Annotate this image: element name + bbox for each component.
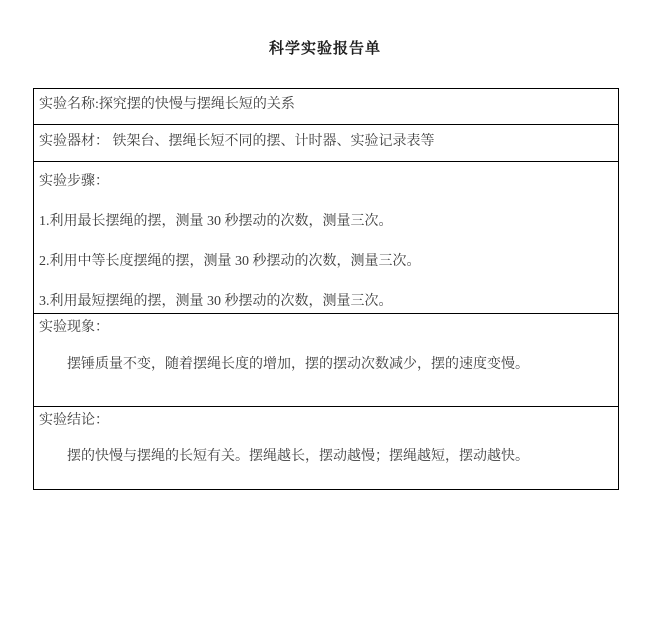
report-table: 实验名称:探究摆的快慢与摆绳长短的关系 实验器材： 铁架台、摆绳长短不同的摆、计… — [33, 88, 619, 490]
experiment-report-page: 科学实验报告单 实验名称:探究摆的快慢与摆绳长短的关系 实验器材： 铁架台、摆绳… — [0, 0, 650, 58]
row-experiment-materials: 实验器材： 铁架台、摆绳长短不同的摆、计时器、实验记录表等 — [34, 124, 618, 161]
conclusion-label: 实验结论： — [39, 413, 613, 429]
experiment-materials-text: 实验器材： 铁架台、摆绳长短不同的摆、计时器、实验记录表等 — [39, 134, 435, 149]
step-item-1: 1.利用最长摆绳的摆，测量 30 秒摆动的次数，测量三次。 — [39, 214, 613, 230]
step-item-3: 3.利用最短摆绳的摆，测量 30 秒摆动的次数，测量三次。 — [39, 294, 613, 310]
row-experiment-conclusion: 实验结论： 摆的快慢与摆绳的长短有关。摆绳越长，摆动越慢；摆绳越短，摆动越快。 — [34, 406, 618, 489]
conclusion-text: 摆的快慢与摆绳的长短有关。摆绳越长，摆动越慢；摆绳越短，摆动越快。 — [39, 449, 613, 465]
page-title: 科学实验报告单 — [0, 0, 650, 58]
row-experiment-steps: 实验步骤： 1.利用最长摆绳的摆，测量 30 秒摆动的次数，测量三次。 2.利用… — [34, 161, 618, 313]
row-experiment-phenomenon: 实验现象： 摆锤质量不变，随着摆绳长度的增加，摆的摆动次数减少，摆的速度变慢。 — [34, 313, 618, 406]
steps-label: 实验步骤： — [39, 174, 613, 190]
row-experiment-name: 实验名称:探究摆的快慢与摆绳长短的关系 — [34, 89, 618, 124]
experiment-name-text: 实验名称:探究摆的快慢与摆绳长短的关系 — [39, 97, 295, 112]
phenomenon-text: 摆锤质量不变，随着摆绳长度的增加，摆的摆动次数减少，摆的速度变慢。 — [39, 357, 613, 373]
phenomenon-label: 实验现象： — [39, 320, 613, 336]
step-item-2: 2.利用中等长度摆绳的摆，测量 30 秒摆动的次数，测量三次。 — [39, 254, 613, 270]
